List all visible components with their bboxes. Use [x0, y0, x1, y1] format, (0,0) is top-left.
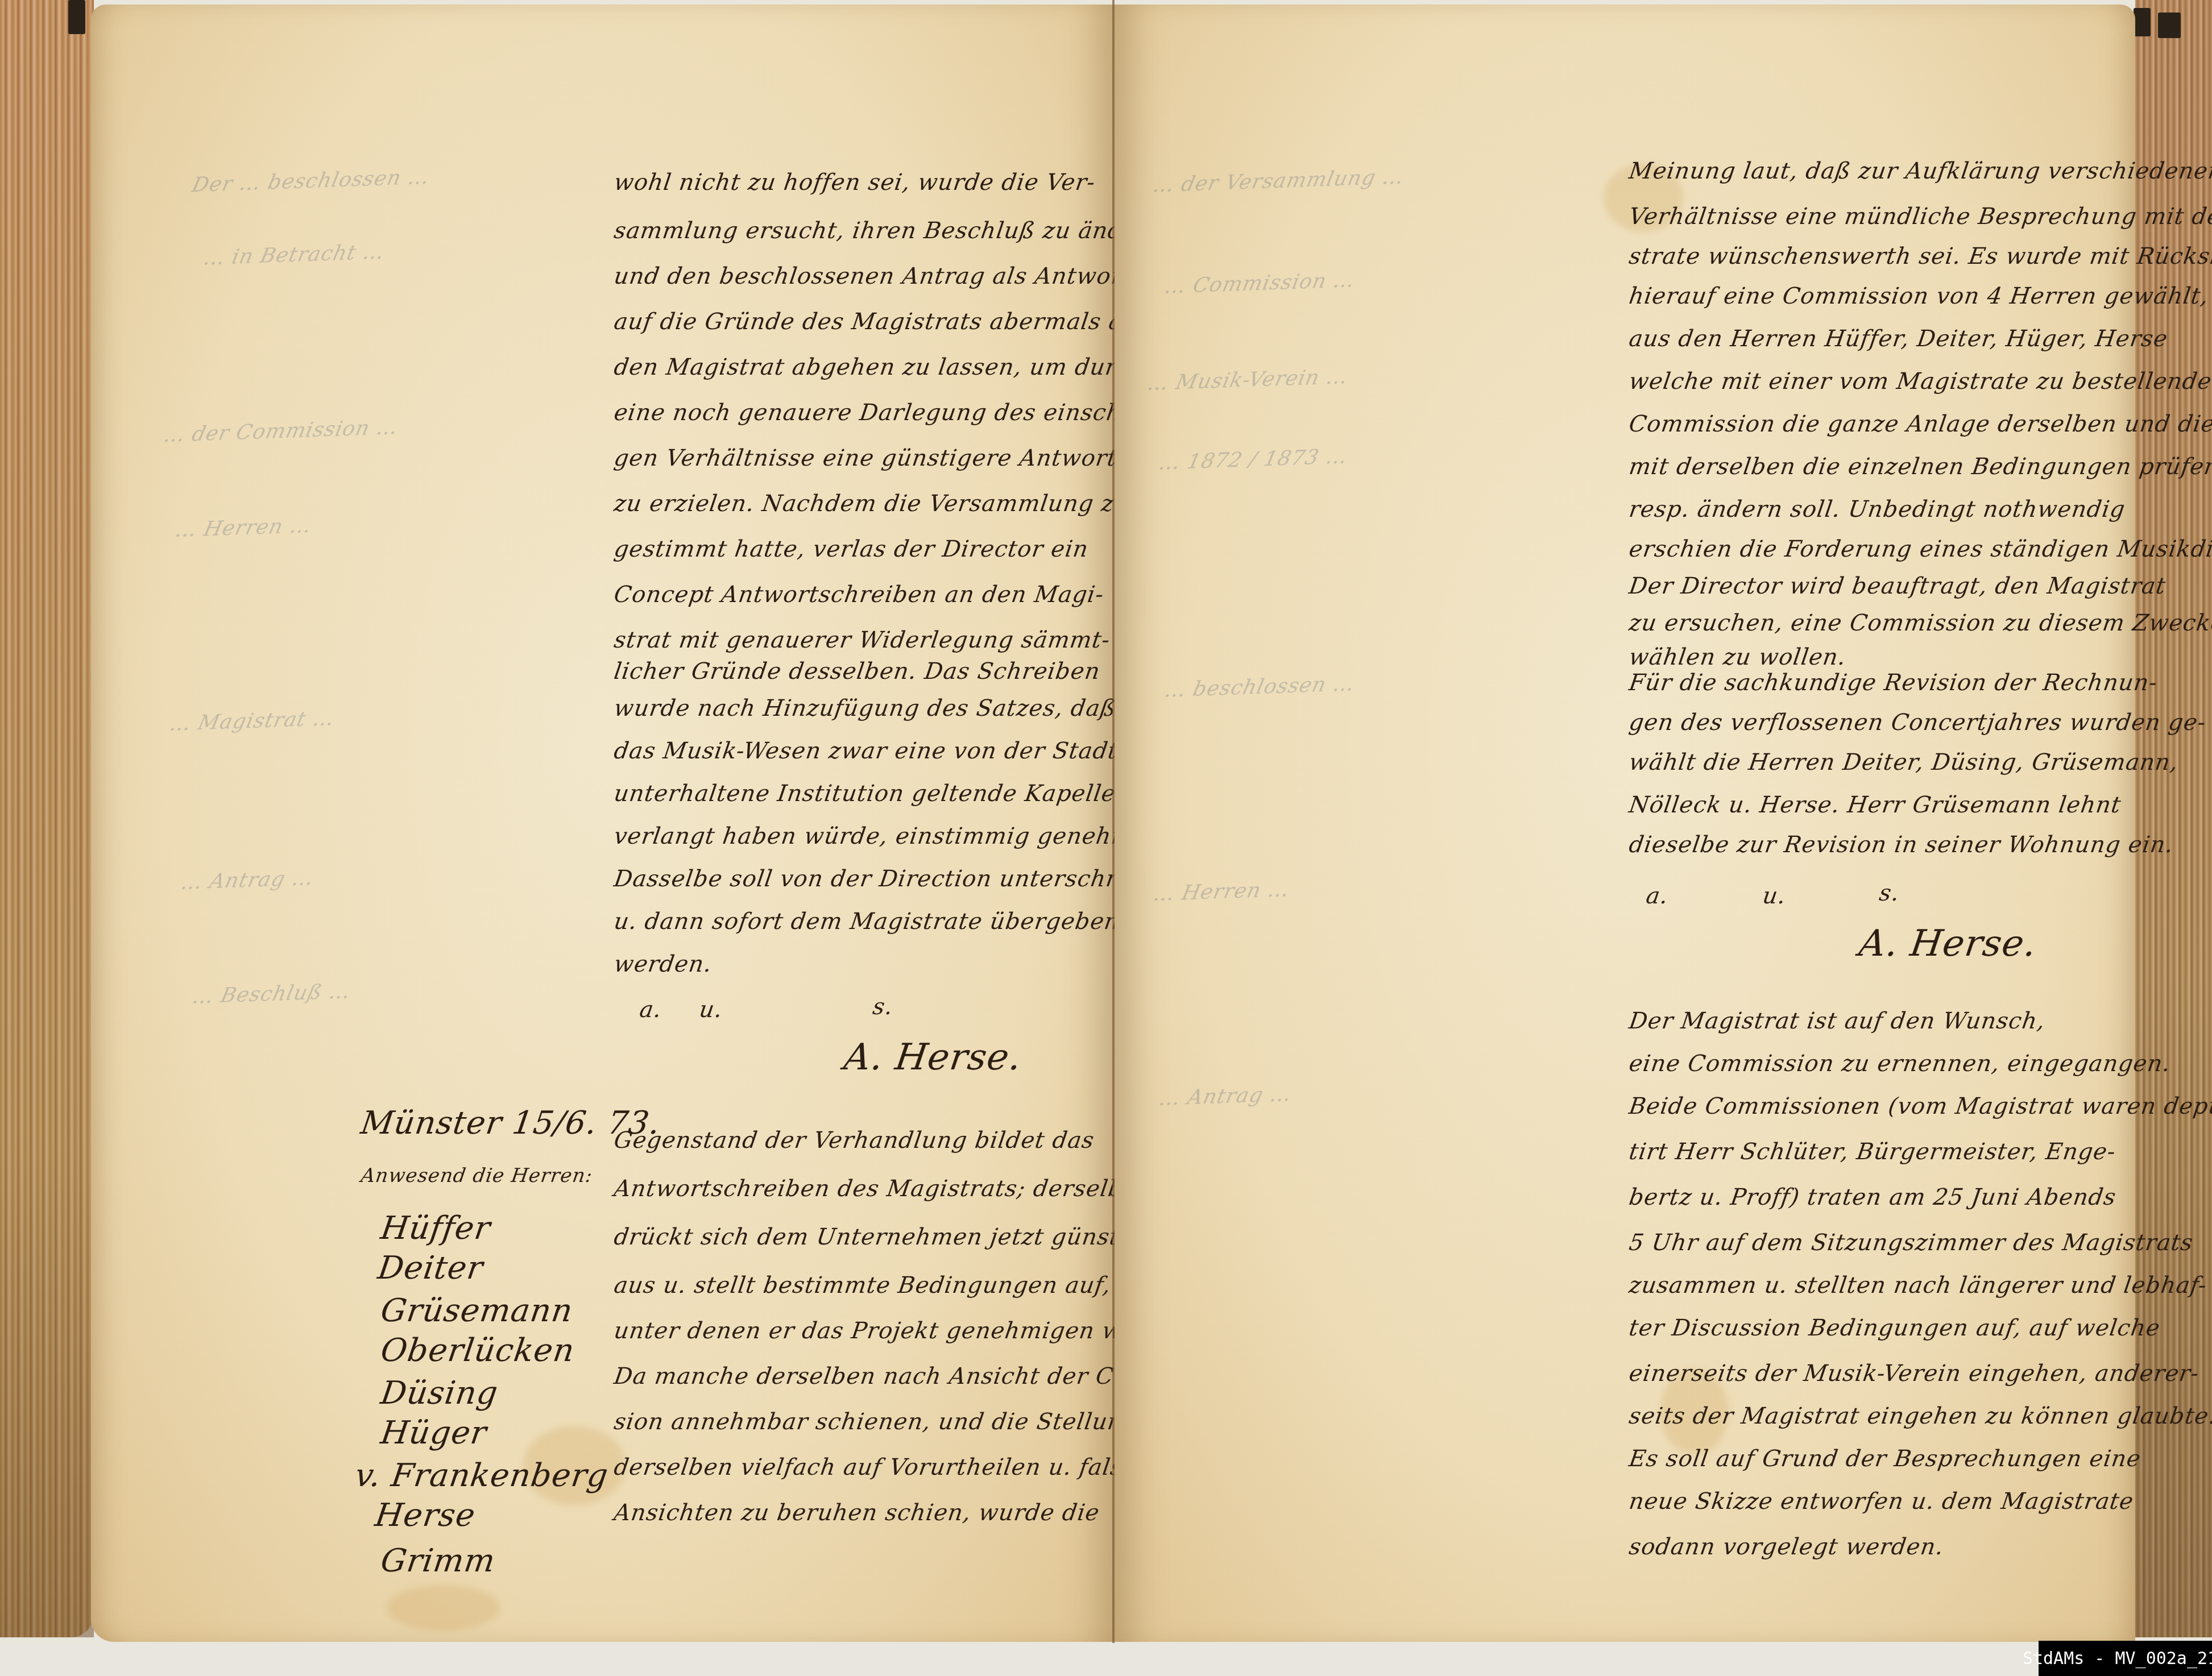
text-line: und den beschlossenen Antrag als Antwort	[612, 263, 1134, 289]
member-name: Deiter	[375, 1250, 486, 1287]
text-line: licher Gründe desselben. Das Schreiben	[612, 658, 1102, 684]
bleed-through-text: … Antrag …	[1157, 1082, 1294, 1110]
paper-stain	[387, 1585, 500, 1631]
text-line: erschien die Forderung eines ständigen M…	[1627, 536, 2212, 562]
edge-ink-mark	[68, 0, 85, 34]
text-line: zusammen u. stellten nach längerer und l…	[1627, 1272, 2209, 1299]
text-line: zu erzielen. Nachdem die Versammlung zu-	[612, 491, 1140, 517]
text-line: u. dann sofort dem Magistrate übergeben	[612, 908, 1121, 935]
bleed-through-text: … der Commission …	[161, 416, 400, 447]
sign-mark-s: s.	[1878, 880, 1902, 906]
bleed-through-text: Der … beschlossen …	[190, 165, 432, 197]
text-line: neue Skizze entworfen u. dem Magistrate	[1627, 1488, 2136, 1515]
member-name: Grimm	[378, 1542, 498, 1579]
text-line: Für die sachkundige Revision der Rechnun…	[1627, 670, 2159, 696]
archive-id-label: StdAMs - MV_002a_216	[2039, 1641, 2212, 1676]
scan-background	[0, 1642, 2212, 1676]
text-line: tirt Herr Schlüter, Bürgermeister, Enge-	[1627, 1139, 2118, 1165]
text-line: Der Director wird beauftragt, den Magist…	[1627, 573, 2168, 599]
text-line: 5 Uhr auf dem Sitzungszimmer des Magistr…	[1627, 1230, 2195, 1256]
text-line: unter denen er das Projekt genehmigen wi…	[612, 1318, 1155, 1344]
text-line: Verhältnisse eine mündliche Besprechung …	[1627, 204, 2212, 230]
sign-mark-u: u.	[698, 997, 724, 1023]
text-line: den Magistrat abgehen zu lassen, um durc…	[612, 354, 1148, 380]
bleed-through-text: … Magistrat …	[167, 707, 337, 736]
bleed-through-text: … der Versammlung …	[1151, 165, 1407, 197]
text-line: ter Discussion Bedingungen auf, auf welc…	[1627, 1315, 2162, 1341]
text-line: wählt die Herren Deiter, Düsing, Grüsema…	[1627, 749, 2180, 775]
left-page: Der … beschlossen … … in Betracht … … de…	[91, 5, 1115, 1642]
right-page: … der Versammlung … … Commission … … Mus…	[1115, 5, 2135, 1642]
member-name: Düsing	[378, 1375, 500, 1412]
text-line: einerseits der Musik-Verein eingehen, an…	[1627, 1360, 2201, 1387]
text-line: strate wünschenswerth sei. Es wurde mit …	[1627, 243, 2212, 269]
bleed-through-text: … Commission …	[1162, 268, 1357, 298]
signature: A. Herse.	[1857, 923, 2040, 965]
text-line: mit derselben die einzelnen Bedingungen …	[1627, 454, 2212, 480]
left-page-edges	[0, 0, 94, 1637]
text-line: zu ersuchen, eine Commission zu diesem Z…	[1627, 610, 2212, 636]
sign-mark-u: u.	[1761, 883, 1788, 909]
text-line: Commission die ganze Anlage derselben un…	[1627, 411, 2212, 437]
text-line: hierauf eine Commission von 4 Herren gew…	[1627, 283, 2212, 309]
bleed-through-text: … Herren …	[1151, 878, 1292, 906]
text-line: gen des verflossenen Concertjahres wurde…	[1627, 710, 2208, 736]
text-line: resp. ändern soll. Unbedingt nothwendig	[1627, 496, 2127, 522]
text-line: bertz u. Proff) traten am 25 Juni Abends	[1627, 1184, 2118, 1210]
member-name: v. Frankenberg	[353, 1457, 611, 1494]
sign-mark-a: a.	[638, 997, 664, 1023]
text-line: Beide Commissionen (vom Magistrat waren …	[1627, 1093, 2212, 1119]
bleed-through-text: … Beschluß …	[190, 980, 353, 1009]
text-line: derselben vielfach auf Vorurtheilen u. f…	[612, 1454, 1182, 1480]
bleed-through-text: … Musik-Verein …	[1145, 365, 1350, 395]
bleed-through-text: … beschlossen …	[1162, 672, 1357, 702]
text-line: sodann vorgelegt werden.	[1627, 1534, 1945, 1560]
sign-mark-s: s.	[871, 994, 895, 1020]
text-line: Gegenstand der Verhandlung bildet das	[612, 1127, 1096, 1154]
text-line: wohl nicht zu hoffen sei, wurde die Ver-	[612, 169, 1097, 196]
member-name: Grüsemann	[378, 1292, 575, 1329]
text-line: wählen zu wollen.	[1627, 644, 1848, 670]
present-label: Anwesend die Herren:	[359, 1164, 594, 1187]
bleed-through-text: … Herren …	[173, 514, 314, 542]
bleed-through-text: … in Betracht …	[201, 240, 387, 270]
bleed-through-text: … 1872 / 1873 …	[1157, 445, 1350, 474]
text-line: wurde nach Hinzufügung des Satzes, daß	[612, 695, 1118, 721]
text-line: sammlung ersucht, ihren Beschluß zu ände…	[612, 218, 1166, 244]
member-name: Herse	[372, 1497, 478, 1534]
text-line: aus den Herren Hüffer, Deiter, Hüger, He…	[1627, 326, 2169, 352]
text-line: auf die Gründe des Magistrats abermals a…	[612, 309, 1140, 335]
text-line: das Musik-Wesen zwar eine von der Stadt	[612, 738, 1120, 764]
text-line: eine Commission zu ernennen, eingegangen…	[1627, 1051, 2172, 1077]
text-line: dieselbe zur Revision in seiner Wohnung …	[1627, 832, 2176, 858]
text-line: werden.	[612, 951, 714, 977]
text-line: Nölleck u. Herse. Herr Grüsemann lehnt	[1627, 792, 2123, 818]
edge-ink-mark	[2134, 8, 2151, 36]
text-line: Der Magistrat ist auf den Wunsch,	[1627, 1008, 2047, 1034]
member-name: Oberlücken	[378, 1332, 577, 1369]
member-name: Hüger	[378, 1414, 489, 1451]
text-line: unterhaltene Institution geltende Kapell…	[612, 781, 1117, 807]
text-line: gestimmt hatte, verlas der Director ein	[612, 536, 1090, 562]
text-line: seits der Magistrat eingehen zu können g…	[1627, 1403, 2212, 1429]
sign-mark-a: a.	[1644, 883, 1670, 909]
bleed-through-text: … Antrag …	[179, 866, 316, 894]
text-line: Antwortschreiben des Magistrats; derselb…	[612, 1176, 1139, 1202]
text-line: Ansichten zu beruhen schien, wurde die	[612, 1500, 1101, 1526]
text-line: aus u. stellt bestimmte Bedingungen auf,	[612, 1272, 1113, 1299]
text-line: sion annehmbar schienen, und die Stellun…	[612, 1409, 1140, 1435]
text-line: Concept Antwortschreiben an den Magi-	[612, 582, 1105, 608]
text-line: Dasselbe soll von der Direction untersch…	[612, 866, 1186, 892]
text-line: strat mit genauerer Widerlegung sämmt-	[612, 627, 1112, 653]
edge-ink-mark	[2158, 13, 2181, 38]
open-ledger-book: Der … beschlossen … … in Betracht … … de…	[0, 0, 2212, 1676]
member-name: Hüffer	[378, 1210, 492, 1247]
text-line: drückt sich dem Unternehmen jetzt günsti…	[612, 1224, 1170, 1250]
signature: A. Herse.	[842, 1036, 1025, 1078]
text-line: verlangt haben würde, einstimmig genehmi…	[612, 823, 1176, 849]
text-line: Es soll auf Grund der Besprechungen eine	[1627, 1446, 2143, 1472]
text-line: Meinung laut, daß zur Aufklärung verschi…	[1627, 158, 2212, 184]
text-line: gen Verhältnisse eine günstigere Antwort	[612, 445, 1119, 471]
text-line: welche mit einer vom Magistrate zu beste…	[1627, 368, 2212, 395]
text-line: eine noch genauere Darlegung des einschl…	[612, 400, 1177, 426]
